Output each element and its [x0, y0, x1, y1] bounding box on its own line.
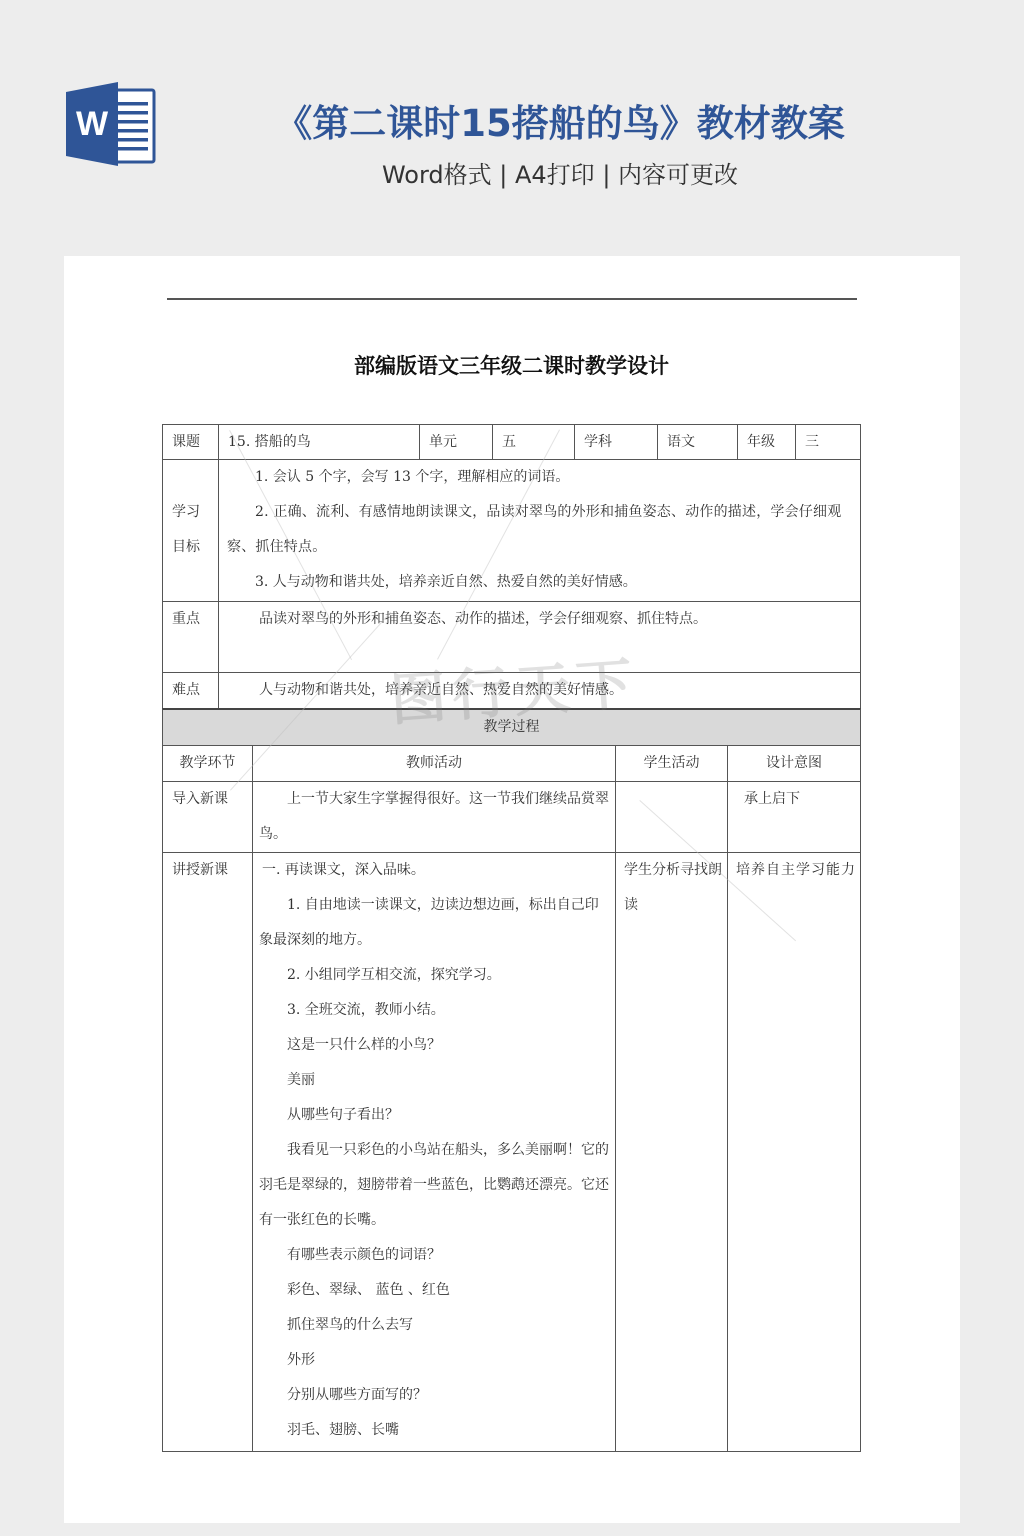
key-point-label: 重点	[162, 601, 219, 673]
topic-label: 课题	[162, 424, 219, 460]
objective-item: 2. 正确、流利、有感情地朗读课文，品读对翠鸟的外形和捕鱼姿态、动作的描述，学会…	[227, 495, 856, 565]
banner-subtitle: Word格式 | A4打印 | 内容可更改	[240, 155, 880, 190]
header-rule	[167, 298, 857, 300]
header-design-intent: 设计意图	[727, 745, 861, 782]
banner-title: 《第二课时15搭船的鸟》教材教案	[240, 93, 880, 147]
teacher-activity-line: 2. 小组同学互相交流，探究学习。	[259, 958, 609, 993]
objectives-label-line-2: 目标	[172, 530, 218, 565]
design-intent-new-lesson: 培养自主学习能力	[727, 852, 861, 1452]
grade-value: 三	[795, 424, 861, 460]
word-logo-letter: W	[72, 104, 112, 144]
unit-value: 五	[492, 424, 575, 460]
teacher-activity-line: 3. 全班交流，教师小结。	[259, 993, 609, 1028]
teacher-activity-line: 有哪些表示颜色的词语？	[259, 1238, 609, 1273]
header-student-activity: 学生活动	[615, 745, 728, 782]
topic-value: 15. 搭船的鸟	[218, 424, 420, 460]
difficulty-value: 人与动物和谐共处，培养亲近自然、热爱自然的美好情感。	[218, 672, 861, 709]
unit-label: 单元	[419, 424, 493, 460]
header-teacher-activity: 教师活动	[252, 745, 616, 782]
teacher-activity-line: 羽毛、翅膀、长嘴	[259, 1413, 609, 1448]
objective-item: 3. 人与动物和谐共处，培养亲近自然、热爱自然的美好情感。	[227, 565, 856, 600]
stage-intro: 导入新课	[162, 781, 253, 853]
teacher-activity-new-lesson: 一. 再读课文，深入品味。 1. 自由地读一读课文，边读边想边画，标出自己印象最…	[252, 852, 616, 1452]
key-point-value: 品读对翠鸟的外形和捕鱼姿态、动作的描述，学会仔细观察、抓住特点。	[218, 601, 861, 673]
teacher-activity-intro: 上一节大家生字掌握得很好。这一节我们继续品赏翠鸟。	[252, 781, 616, 853]
teacher-activity-line: 分别从哪些方面写的？	[259, 1378, 609, 1413]
word-document-icon: W	[64, 82, 156, 166]
teacher-activity-line: 抓住翠鸟的什么去写	[259, 1308, 609, 1343]
header-stage: 教学环节	[162, 745, 253, 782]
student-activity-intro	[615, 781, 728, 853]
difficulty-label: 难点	[162, 672, 219, 709]
objectives-label-line-1: 学习	[172, 495, 218, 530]
document-title: 部编版语文三年级二课时教学设计	[162, 350, 861, 380]
teacher-activity-line: 这是一只什么样的小鸟？	[259, 1028, 609, 1063]
design-intent-intro: 承上启下	[727, 781, 861, 853]
objectives-label: 学习 目标	[162, 459, 219, 602]
teacher-activity-line: 彩色、翠绿、 蓝色 、红色	[259, 1273, 609, 1308]
stage-new-lesson: 讲授新课	[162, 852, 253, 1452]
objective-item: 1. 会认 5 个字，会写 13 个字，理解相应的词语。	[227, 460, 856, 495]
teacher-activity-line: 从哪些句子看出？	[259, 1098, 609, 1133]
objectives-content: 1. 会认 5 个字，会写 13 个字，理解相应的词语。 2. 正确、流利、有感…	[218, 459, 861, 602]
teacher-activity-line: 外形	[259, 1343, 609, 1378]
teacher-activity-line: 美丽	[259, 1063, 609, 1098]
teacher-activity-line: 上一节大家生字掌握得很好。这一节我们继续品赏翠鸟。	[259, 782, 609, 852]
teacher-activity-line: 1. 自由地读一读课文，边读边想边画，标出自己印象最深刻的地方。	[259, 888, 609, 958]
process-section-title: 教学过程	[162, 708, 861, 746]
subject-value: 语文	[657, 424, 738, 460]
subject-label: 学科	[574, 424, 658, 460]
teacher-activity-line: 我看见一只彩色的小鸟站在船头，多么美丽啊！它的羽毛是翠绿的，翅膀带着一些蓝色，比…	[259, 1133, 609, 1238]
student-activity-new-lesson: 学生分析寻找朗读	[615, 852, 728, 1452]
teacher-activity-line: 一. 再读课文，深入品味。	[259, 853, 609, 888]
grade-label: 年级	[737, 424, 796, 460]
